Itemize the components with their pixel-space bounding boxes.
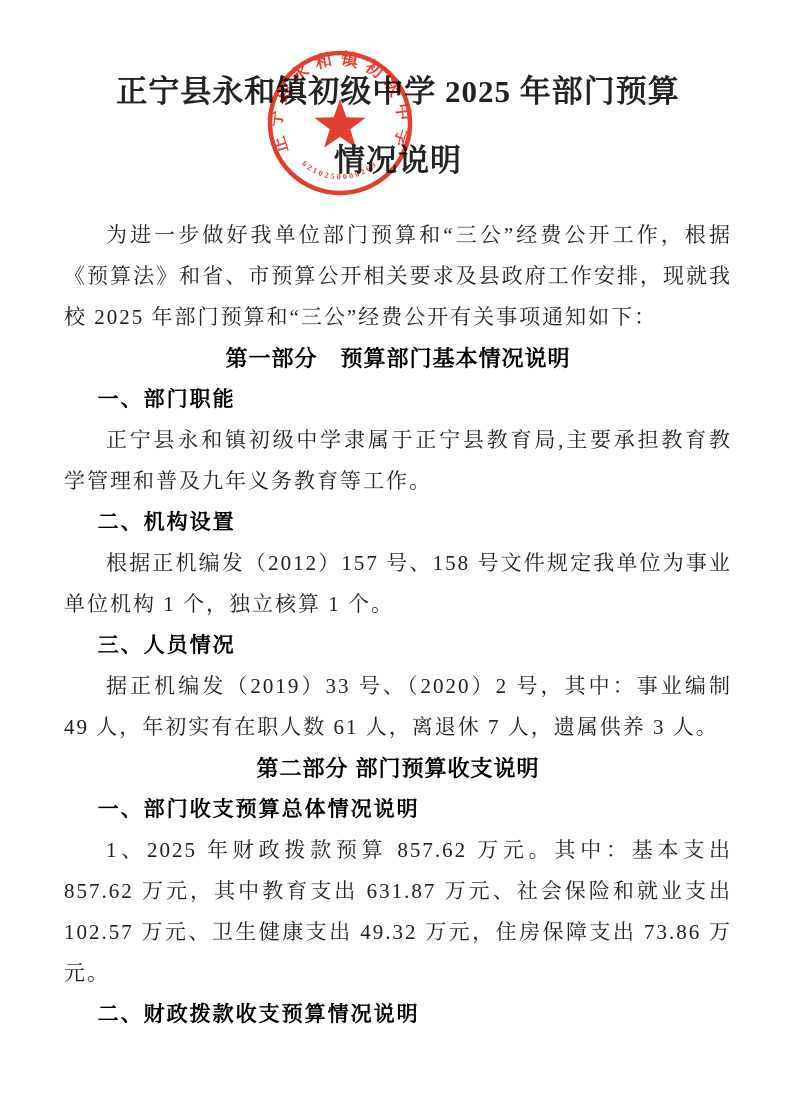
part1-heading: 第一部分 预算部门基本情况说明 (64, 338, 732, 379)
part1-section1-heading: 一、部门职能 (64, 379, 732, 420)
part1-section2-heading: 二、机构设置 (64, 502, 732, 543)
document-title-line1: 正宁县永和镇初级中学 2025 年部门预算 (64, 76, 732, 109)
part2-section1-body: 1、2025 年财政拨款预算 857.62 万元。其中：基本支出 857.62 … (64, 830, 732, 994)
part2-heading: 第二部分 部门预算收支说明 (64, 748, 732, 789)
document-content: 正宁县永和镇初级中学 2025 年部门预算 情况说明 为进一步做好我单位部门预算… (0, 0, 794, 1035)
part2-section1-heading: 一、部门收支预算总体情况说明 (64, 789, 732, 830)
part1-section1-body: 正宁县永和镇初级中学隶属于正宁县教育局,主要承担教育教学管理和普及九年义务教育等… (64, 420, 732, 502)
intro-paragraph: 为进一步做好我单位部门预算和“三公”经费公开工作，根据《预算法》和省、市预算公开… (64, 215, 732, 338)
document-title-line2: 情况说明 (64, 145, 732, 178)
part1-section3-heading: 三、人员情况 (64, 625, 732, 666)
document-page: 正宁县永和镇初级中学 6210250000269 正宁县永和镇初级中学 2025… (0, 0, 794, 1108)
part1-section2-body: 根据正机编发（2012）157 号、158 号文件规定我单位为事业单位机构 1 … (64, 543, 732, 625)
part2-section2-heading: 二、财政拨款收支预算情况说明 (64, 994, 732, 1035)
document-body: 为进一步做好我单位部门预算和“三公”经费公开工作，根据《预算法》和省、市预算公开… (64, 215, 732, 1035)
part1-section3-body: 据正机编发（2019）33 号、（2020）2 号，其中：事业编制 49 人，年… (64, 666, 732, 748)
